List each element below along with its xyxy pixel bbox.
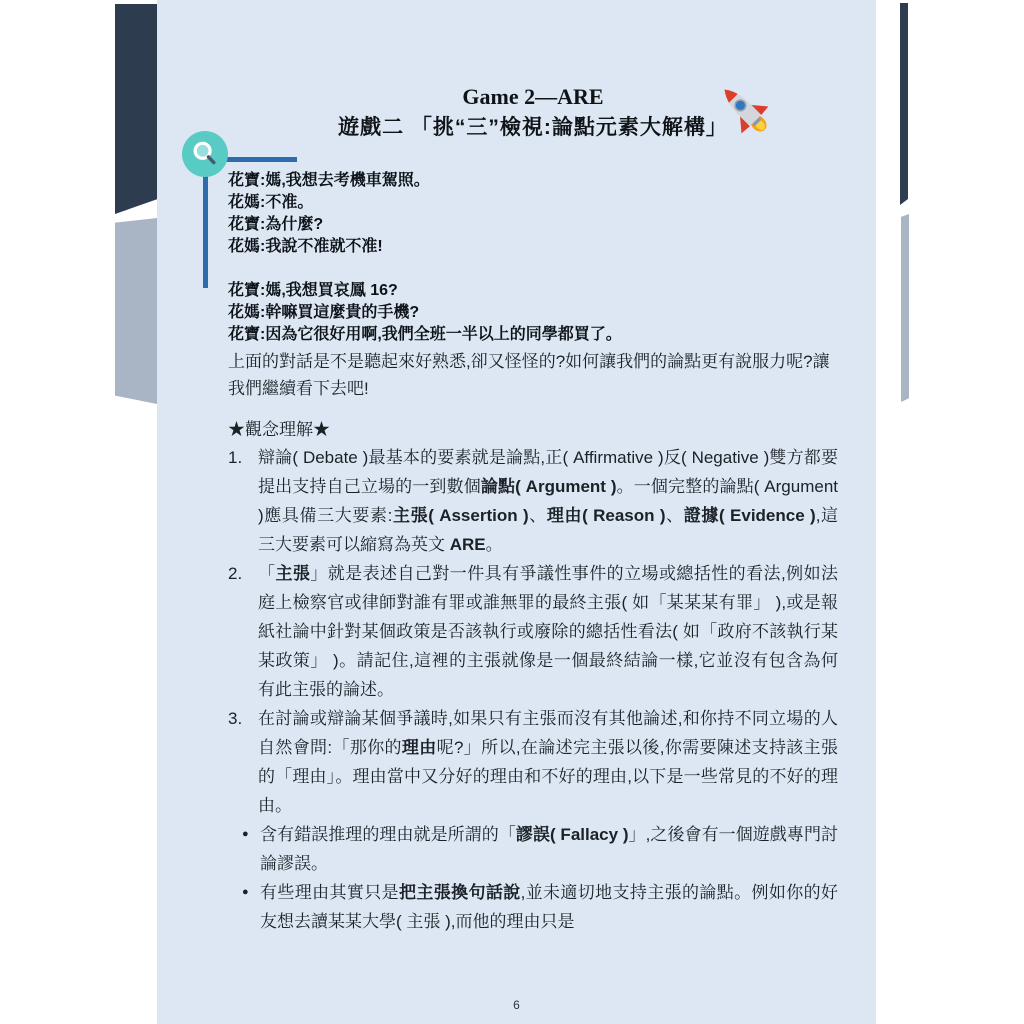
list-item-text: 「主張」就是表述自己對一件具有爭議性事件的立場或總括性的看法,例如法庭上檢察官或… <box>258 559 838 704</box>
list-item: 2. 「主張」就是表述自己對一件具有爭議性事件的立場或總括性的看法,例如法庭上檢… <box>228 559 838 704</box>
bullet-marker: ● <box>242 878 260 936</box>
dialogue-line: 花寶:媽,我想買哀鳳 16? <box>228 280 838 302</box>
dialogue-block: 花寶:媽,我想去考機車駕照。 花媽:不准。 花寶:為什麼? 花媽:我說不准就不准… <box>228 170 838 346</box>
concept-list: 1. 辯論( Debate )最基本的要素就是論點,正( Affirmative… <box>228 443 838 936</box>
bullet-item: ● 含有錯誤推理的理由就是所謂的「謬誤( Fallacy )」,之後會有一個遊戲… <box>228 820 838 878</box>
dialogue-line: 花寶:因為它很好用啊,我們全班一半以上的同學都買了。 <box>228 324 838 346</box>
list-item-number: 3. <box>228 704 258 820</box>
dialogue-line: 花媽:我說不准就不准! <box>228 236 838 258</box>
list-item-number: 2. <box>228 559 258 704</box>
list-item: 1. 辯論( Debate )最基本的要素就是論點,正( Affirmative… <box>228 443 838 559</box>
dialogue-vertical-rule <box>203 160 208 288</box>
magnifier-badge <box>182 131 228 177</box>
magnifying-glass-icon <box>189 138 221 170</box>
left-gray-accent-bar <box>115 218 157 404</box>
dialogue-line: 花媽:幹嘛買這麼貴的手機? <box>228 302 838 324</box>
page-title-chinese: 遊戲二 「挑“三”檢視:論點元素大解構」 <box>228 114 838 142</box>
page-number: 6 <box>157 998 876 1012</box>
list-item-text: 辯論( Debate )最基本的要素就是論點,正( Affirmative )反… <box>258 443 838 559</box>
bullet-text: 有些理由其實只是把主張換句話說,並未適切地支持主張的論點。例如你的好友想去讀某某… <box>260 878 838 936</box>
intro-paragraph: 上面的對話是不是聽起來好熟悉,卻又怪怪的?如何讓我們的論點更有說服力呢?讓我們繼… <box>228 348 838 402</box>
list-item: 3. 在討論或辯論某個爭議時,如果只有主張而沒有其他論述,和你持不同立場的人自然… <box>228 704 838 820</box>
dialogue-gap <box>228 258 838 280</box>
left-navy-accent-bar <box>115 4 157 214</box>
dialogue-line: 花寶:為什麼? <box>228 214 838 236</box>
bullet-item: ● 有些理由其實只是把主張換句話說,並未適切地支持主張的論點。例如你的好友想去讀… <box>228 878 838 936</box>
right-navy-accent-bar <box>900 3 908 205</box>
section-heading: ★觀念理解★ <box>228 416 838 443</box>
list-item-text: 在討論或辯論某個爭議時,如果只有主張而沒有其他論述,和你持不同立場的人自然會問:… <box>258 704 838 820</box>
dialogue-line: 花寶:媽,我想去考機車駕照。 <box>228 170 838 192</box>
page-content: Game 2—ARE 遊戲二 「挑“三”檢視:論點元素大解構」 花寶:媽,我想去… <box>228 0 838 936</box>
page-title-english: Game 2—ARE <box>228 84 838 110</box>
right-gray-accent-bar <box>901 214 909 402</box>
bullet-text: 含有錯誤推理的理由就是所謂的「謬誤( Fallacy )」,之後會有一個遊戲專門… <box>260 820 838 878</box>
page-sheet: Game 2—ARE 遊戲二 「挑“三”檢視:論點元素大解構」 花寶:媽,我想去… <box>157 0 876 1024</box>
bullet-marker: ● <box>242 820 260 878</box>
dialogue-line: 花媽:不准。 <box>228 192 838 214</box>
list-item-number: 1. <box>228 443 258 559</box>
